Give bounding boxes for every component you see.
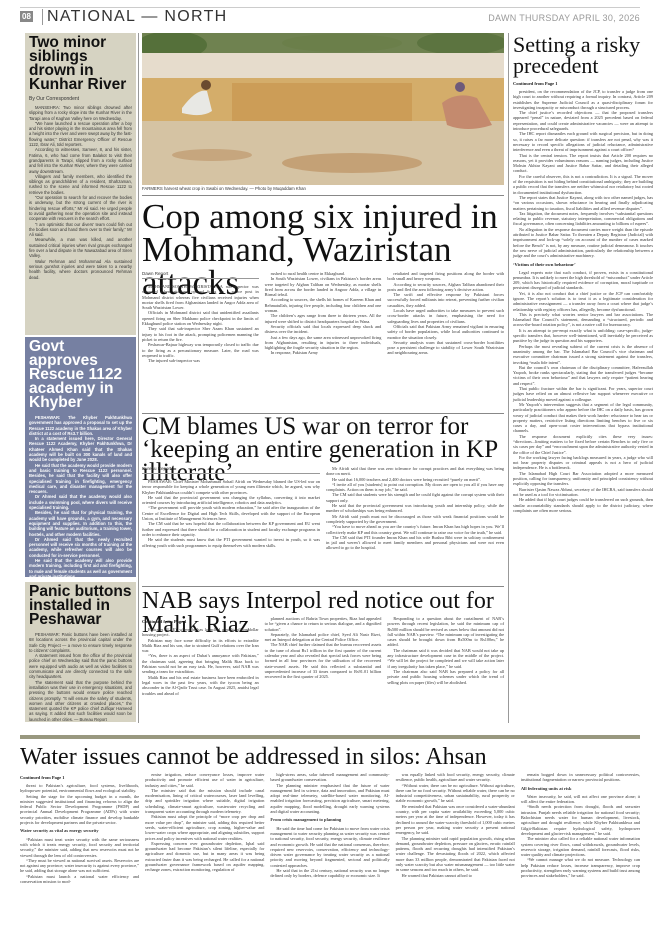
masthead: 08 NATIONAL — NORTH DAWN THURSDAY APRIL … <box>20 7 640 24</box>
paragraph: For the working lawyer facing backlogs m… <box>513 455 653 471</box>
paragraph: PESHAWAR: Chief Minister Mohammad Sohail… <box>142 479 320 495</box>
paragraph: Expressing concern over groundwater depl… <box>145 841 264 873</box>
story-column: remain bogged down in unnecessary politi… <box>521 772 640 884</box>
paragraph: The Islamabad High Court Bar Association… <box>513 471 653 487</box>
paragraph: He added that if high court judges could… <box>513 497 653 513</box>
paragraph: “They must be viewed as national surviva… <box>20 858 139 874</box>
story-column: rushed to rural health centre in Ekkaghu… <box>265 271 382 363</box>
paragraph: The planning minister said rapid populat… <box>396 836 515 873</box>
paragraph: The swift and effective response by Paki… <box>387 292 504 308</box>
paragraph: But the council’s own chairman of the di… <box>513 365 653 386</box>
column-divider <box>508 33 509 723</box>
headline: Panic buttons installed in Peshawar <box>29 585 132 627</box>
paragraph: Villagers and family members, who identi… <box>29 174 132 195</box>
paragraph: That is the central tension. The report … <box>513 153 653 174</box>
paragraph: The IHC report dismantles each ground wi… <box>513 131 653 152</box>
paragraph: The minister said that the mission shoul… <box>145 788 264 814</box>
paragraph: He reminded that Pakistan was once consi… <box>396 804 515 836</box>
paragraph: threat to Pakistan’s agriculture, food s… <box>20 783 139 794</box>
bottom-story: Continued from Page 1 threat to Pakistan… <box>20 772 640 932</box>
news-photo <box>142 33 504 185</box>
paragraph: Yet, it is also not conduct that a chief… <box>513 291 653 312</box>
paragraph: Officials in Mohmand district said that … <box>142 310 259 326</box>
main-story: Dawn Report MOHMAND/SOUTH WAZIRISTAN: A … <box>142 271 504 363</box>
divider <box>142 195 504 196</box>
sidebar-story-panic-buttons: Panic buttons installed in Peshawar PESH… <box>25 582 136 722</box>
paragraph: “Pakistan must launch a national water e… <box>20 874 139 885</box>
byline: By Our Correspondent <box>29 96 132 102</box>
cm-story: Bureau Report PESHAWAR: Chief Minister M… <box>142 466 504 551</box>
paragraph: The children’s ages range from three to … <box>265 313 382 324</box>
column-text: Legal experts note that such conduct, if… <box>513 270 653 514</box>
paragraph: Malik Riaz and his real estate business … <box>142 675 259 696</box>
paragraph: PESHAWAR: Panic buttons have been instal… <box>29 632 132 653</box>
paragraph: He said the time had come for Pakistan t… <box>270 826 389 868</box>
paragraph: The statement said that the purpose behi… <box>29 680 132 722</box>
column-text: PESHAWAR: Chief Minister Mohammad Sohail… <box>142 479 320 548</box>
continued-label: Continued from Page 1 <box>142 619 259 624</box>
story-column: Responding to a question about the curta… <box>387 616 504 696</box>
story-column: high-stress areas, solar tubewell manage… <box>270 772 389 884</box>
story-column: Bureau Report PESHAWAR: Chief Minister M… <box>142 466 320 551</box>
subhead: From crisis management to planning <box>270 817 389 822</box>
byline: Dawn Report <box>142 271 259 279</box>
paragraph: The CM said that students were his stren… <box>326 492 504 503</box>
paragraph: Just a few days ago, the same area witne… <box>265 335 382 351</box>
paragraph: Perhaps the most revealing subtext of th… <box>513 344 653 365</box>
paragraph: “I invite all of you [students] to point… <box>326 482 504 493</box>
story-body: PESHAWAR: Panic buttons have been instal… <box>29 632 132 722</box>
paragraph: The planning minister emphasised that th… <box>270 783 389 815</box>
sidebar-story-rescue-academy: Govt approves Rescue 1122 academy in Khy… <box>25 337 136 577</box>
wheat-harvest-photo-icon <box>142 33 504 185</box>
paragraph: Mr Afridi said that there was zero toler… <box>326 466 504 477</box>
headline: Two minor siblings drown in Kunhar River <box>29 36 132 92</box>
paragraph: “You have to move ahead as you are the c… <box>326 524 504 535</box>
sidebar-story-siblings: Two minor siblings drown in Kunhar River… <box>25 33 136 335</box>
story-column: ernise irrigation, reduce conveyance los… <box>145 772 264 884</box>
page-number: 08 <box>20 11 33 22</box>
paragraph: He said that the academy would provide m… <box>29 463 132 495</box>
paragraph: “Yes, there is an aspect of Dubai’s anno… <box>142 653 259 674</box>
paragraph: The minister also called for a reliable … <box>521 836 640 857</box>
column-text: planned auctions of Bahria Town properti… <box>265 616 382 680</box>
paragraph: The CM said that PTI founder Imran Khan … <box>326 535 504 551</box>
paragraph: MANSEHRA: Two minor siblings drowned aft… <box>29 105 132 121</box>
paragraph: Mr Afridi said youth must not be discour… <box>326 514 504 525</box>
paragraph: Emirates (UAE), where he has launched a … <box>142 627 259 638</box>
paragraph: Setting the stage for the upcoming budge… <box>20 794 139 826</box>
paragraph: Besides, he said that for physical train… <box>29 510 132 536</box>
paragraph: Meanwhile, a man was killed, and another… <box>29 237 132 258</box>
paragraph: He said the students must know that the … <box>142 537 320 548</box>
paragraph: In South Waziristan Lower, civilians in … <box>265 276 382 297</box>
story-column: planned auctions of Bahria Town properti… <box>265 616 382 696</box>
continued-label: Continued from Page 1 <box>20 775 139 780</box>
paragraph: The chief justice’s recorded objections … <box>513 110 653 131</box>
paragraph: Peshawar-Bajaur highway was temporarily … <box>142 342 259 358</box>
paragraph: A statement issued from the office of th… <box>29 653 132 679</box>
paragraph: planned auctions of Bahria Town properti… <box>265 616 382 632</box>
paragraph: He said that the academy will also provi… <box>29 558 132 579</box>
paragraph: “I am optimistic that our divers’ team c… <box>29 222 132 238</box>
paragraph: Tax litigation, the document notes, freq… <box>513 211 653 227</box>
paragraph: Legal experts note that such conduct, if… <box>513 270 653 291</box>
paragraph: “The government will provide youth with … <box>142 505 320 521</box>
story-column: Continued from Page 1 Emirates (UAE), wh… <box>142 616 259 696</box>
column-divider <box>138 33 139 723</box>
column-text: threat to Pakistan’s agriculture, food s… <box>20 783 139 884</box>
paragraph: Barrister Qasim Nawaz Abbasi, secretary … <box>513 487 653 498</box>
story-body: MANSEHRA: Two minor siblings drowned aft… <box>29 105 132 280</box>
column-text: Emirates (UAE), where he has launched a … <box>142 627 259 696</box>
paragraph: The chairman said it was decided that NA… <box>387 648 504 669</box>
bottom-headline: Water issues cannot be addressed in silo… <box>20 744 640 770</box>
right-headline: Setting a risky precedent <box>513 34 653 76</box>
paragraph: The report states that Justice Kayani, a… <box>513 195 653 211</box>
paragraph: Officials said that Pakistan Army remain… <box>387 324 504 340</box>
paragraph: No allegation in the response document c… <box>513 227 653 259</box>
paragraph: The chairman also said NAB has prepared … <box>387 669 504 685</box>
paragraph: He said that the provincial government w… <box>326 503 504 514</box>
paragraph: It is an attempt to pre-empt exactly wha… <box>513 328 653 344</box>
paragraph: remain bogged down in unnecessary politi… <box>521 772 640 783</box>
dateline: DAWN THURSDAY APRIL 30, 2026 <box>488 13 640 23</box>
section-title: NATIONAL — NORTH <box>42 9 228 25</box>
paragraph: According to sources, the shells hit hom… <box>265 297 382 313</box>
paragraph: Pakistan must adopt the principle of “mo… <box>145 814 264 840</box>
paragraph: For the careful observer, this is not a … <box>513 174 653 195</box>
paragraph: Locals have urged authorities to take me… <box>387 308 504 324</box>
paragraph: Water insecurity, he said, will not affe… <box>521 794 640 805</box>
subhead: Water security as vital as energy securi… <box>20 828 139 833</box>
story-column: Dawn Report MOHMAND/SOUTH WAZIRISTAN: A … <box>142 271 259 363</box>
subhead: ‘Victims of their own behaviour’ <box>513 262 653 267</box>
paragraph: “Pakistan must treat water security with… <box>20 837 139 858</box>
nab-story: Continued from Page 1 Emirates (UAE), wh… <box>142 616 504 696</box>
paragraph: MOHMAND/SOUTH WAZIRISTAN: A sub-inspecto… <box>142 284 259 310</box>
paragraph: Walur Rehman and Mohammad Ala sustained … <box>29 259 132 280</box>
subhead: All federating units at risk <box>521 786 640 791</box>
paragraph: He said that in the 21st century, nation… <box>270 868 389 879</box>
paragraph: The CM said that he was hopeful that the… <box>142 521 320 537</box>
paragraph: He said that the provincial government w… <box>142 495 320 506</box>
paragraph: Dr Ahmed said that the academy would als… <box>29 494 132 510</box>
paragraph: retaliated and targeted firing positions… <box>387 271 504 282</box>
story-body: PESHAWAR: The Khyber Pakhtunkhwa governm… <box>29 415 132 595</box>
right-story: Continued from Page 1 president, on the … <box>513 78 653 513</box>
photo-caption: FARMERS harvest wheat crop in Swabi on W… <box>142 186 504 191</box>
paragraph: ernise irrigation, reduce conveyance los… <box>145 772 264 788</box>
continued-label: Continued from Page 1 <box>513 81 653 86</box>
paragraph: In response, Pakistan Army <box>265 350 382 355</box>
paragraph: “Sindh needs protection from drought, fl… <box>521 804 640 836</box>
story-column: Continued from Page 1 threat to Pakistan… <box>20 772 139 884</box>
paragraph: “Our operation to search for and recover… <box>29 195 132 221</box>
paragraph: The response document explicitly cites t… <box>513 434 653 455</box>
paragraph: Security officials said that locals expr… <box>265 324 382 335</box>
paragraph: “Without water, there can be no agricult… <box>396 783 515 804</box>
section-bar <box>20 735 640 739</box>
paragraph: The NAB chief further claimed that the b… <box>265 642 382 679</box>
paragraph: This is precisely what worries senior la… <box>513 312 653 328</box>
paragraph: was equally linked with food security, e… <box>396 772 515 783</box>
paragraph: “We cannot manage what we do not measure… <box>521 857 640 878</box>
headline: Govt approves Rescue 1122 academy in Khy… <box>29 340 132 410</box>
paragraph: He warned that Pakistan cannot afford to <box>396 873 515 878</box>
paragraph: high-stress areas, solar tubewell manage… <box>270 772 389 783</box>
paragraph: president, on the recommendation of the … <box>513 89 653 110</box>
story-column: Mr Afridi said that there was zero toler… <box>326 466 504 551</box>
paragraph: According to witnesses, Sameer, 8, and h… <box>29 147 132 173</box>
paragraph: “We have launched a rescue operation aft… <box>29 121 132 147</box>
paragraph: Dr Ahmed said that the newly recruited p… <box>29 537 132 558</box>
paragraph: PESHAWAR: The Khyber Pakhtunkhwa governm… <box>29 415 132 436</box>
paragraph: Security analysts warn that sustained cr… <box>387 340 504 356</box>
paragraph: They said that sub-inspector Sher Azam K… <box>142 326 259 342</box>
paragraph: Pakistan may face some difficulty in its… <box>142 638 259 654</box>
column-text: president, on the recommendation of the … <box>513 89 653 259</box>
paragraph: Separately, the Islamabad police chief, … <box>265 632 382 643</box>
byline: Bureau Report <box>142 466 320 474</box>
story-column: was equally linked with food security, e… <box>396 772 515 884</box>
paragraph: Responding to a question about the curta… <box>387 616 504 648</box>
paragraph: According to security sources, Afghan Ta… <box>387 282 504 293</box>
divider <box>142 586 504 587</box>
story-column: retaliated and targeted firing positions… <box>387 271 504 363</box>
paragraph: Mr Yaqoob’s intervention suggests that a… <box>513 402 653 434</box>
paragraph: In a statement issued here, Director Gen… <box>29 436 132 462</box>
paragraph: The injured sub-inspector was <box>142 358 259 363</box>
paragraph: That public fracture within the bar is s… <box>513 386 653 402</box>
column-text: MOHMAND/SOUTH WAZIRISTAN: A sub-inspecto… <box>142 284 259 363</box>
